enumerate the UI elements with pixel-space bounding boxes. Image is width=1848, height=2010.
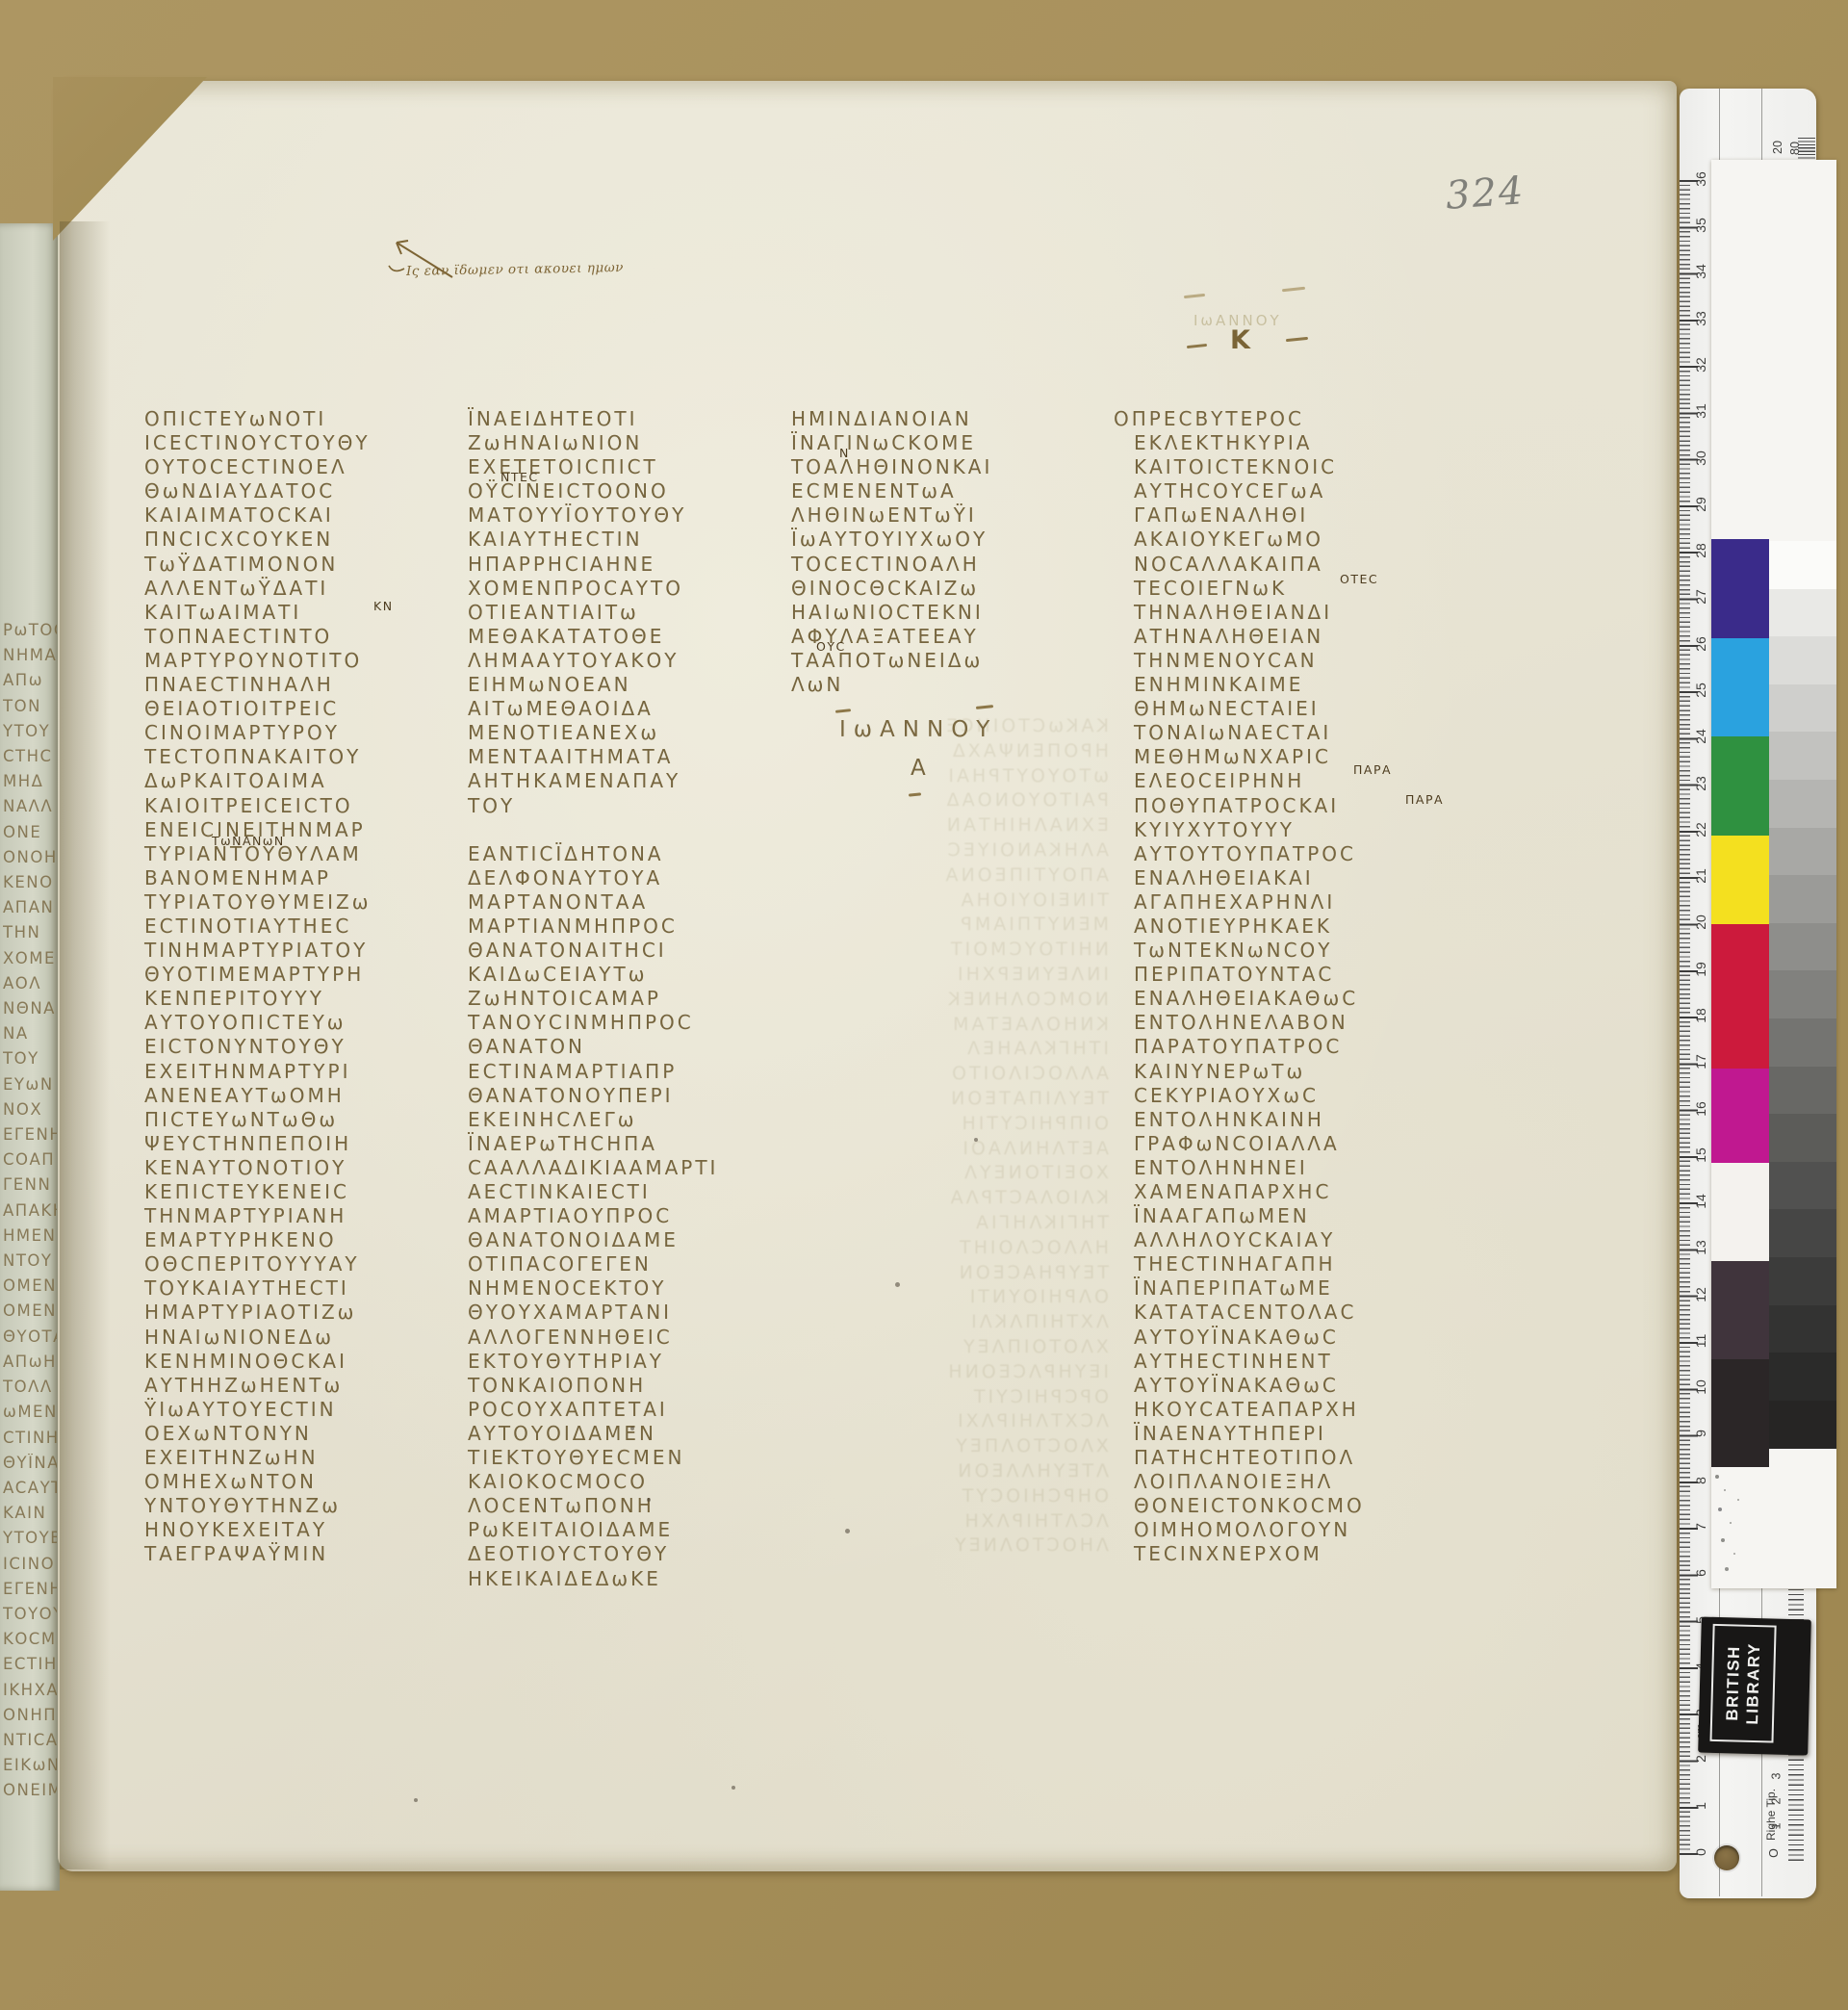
ghost-text-line: ΛΗΟCΤΟΛΝΕΥ: [791, 1533, 1109, 1559]
edge-text-fragment: ΕΙΚωΝ: [3, 1753, 57, 1778]
ghost-text-line: ΤΕΥΛΙΠΑΤΕΟΝ: [791, 1087, 1109, 1112]
text-line: ΧΑΜΕΝΑΠΑΡΧΗC: [1134, 1180, 1466, 1204]
text-line: ΤΗΕCΤΙΝΗΑΓΑΠΗ: [1134, 1252, 1466, 1276]
ink-speck: [895, 1282, 900, 1287]
text-line: ΤΗΝΜΑΡΤΥΡΙΑΝΗ: [144, 1204, 476, 1228]
edge-text-fragment: ΧΟΜΕ: [3, 946, 57, 971]
text-line: ΑΝΟΤΙΕΥΡΗΚΑΕΚ: [1134, 915, 1466, 939]
text-line: ΒΑΝΟΜΕΝΗΜΑΡ: [144, 866, 476, 890]
edge-text-fragment: CΤΙΝΗΛ: [3, 1426, 57, 1451]
edge-text-fragment: ΙCΙΝΟ: [3, 1552, 57, 1577]
text-line: ΜΕΝΟΤΙΕΑΝΕΧω: [468, 721, 800, 745]
text-line: ΘΥΟΥΧΑΜΑΡΤΑΝΙ: [468, 1301, 800, 1325]
text-line: ΤΟΠΝΑΕCΤΙΝΤΟ: [144, 625, 476, 649]
ghost-text-line: ΑΠΟΥΤΙΠΕΟΝΑ: [791, 863, 1109, 889]
text-line: ΑΜΑΡΤΙΑΟΥΠΡΟC: [468, 1204, 800, 1228]
ghost-text-line: ΛCΛΤΗΙΡΛΧΗ: [791, 1509, 1109, 1534]
text-line: ΗΝΑΙωΝΙΟΝΕΔω: [144, 1326, 476, 1350]
gray-scale-step: [1769, 1209, 1836, 1257]
text-line: ΚΥΙΥΧΥΤΟΥΥΥ: [1134, 818, 1466, 842]
edge-text-fragment: ΙΚΗΧΑ: [3, 1678, 57, 1703]
text-line: ΤΟΥ: [468, 794, 800, 818]
text-line: ΝΟCΑΛΛΑΚΑΙΠΑ: [1134, 553, 1466, 577]
text-line: ΑΤΗΝΑΛΗΘΕΙΑΝ: [1134, 625, 1466, 649]
ghost-text-line: ΗΛΛΟCΛΟΙΗΤ: [791, 1236, 1109, 1261]
text-line: ΚΑΤΑΤΑCΕΝΤΟΛΑC: [1134, 1301, 1466, 1325]
ruler-cm-number: 17: [1693, 1051, 1708, 1072]
ghost-text-line: ΛCΧΤΛΗΙΡΛΧΙ: [791, 1409, 1109, 1434]
edge-text-fragment: ΓΕΝΝ: [3, 1172, 57, 1198]
edge-text-fragment: ΟΝΗΠ: [3, 1703, 57, 1728]
ghost-text-line: ωΤΟΥΟΥΤΡΗΑΙ: [791, 764, 1109, 789]
text-line: ΜΑΡΤΑΝΟΝΤΑΑ: [468, 890, 800, 915]
ruler-cm-number: 25: [1693, 680, 1708, 701]
ruler-cm-number: 6: [1693, 1562, 1708, 1584]
text-line: ΘΑΝΑΤΟΝΟΙΔΑΜΕ: [468, 1228, 800, 1252]
edge-text-fragment: ΘΥΟΤΑ: [3, 1325, 57, 1350]
text-line: ΟΕΧωΝΤΟΝΥΝ: [144, 1422, 476, 1446]
text-line: ΑΛΛΕΝΤωΫΔΑΤΙ: [144, 577, 476, 601]
text-line: ΛΗΘΙΝωΕΝΤωΫΙ: [791, 503, 1123, 528]
text-line: ΟΘCΠΕΡΙΤΟΥΥΥΑΥ: [144, 1252, 476, 1276]
edge-text-fragment: ΘΥΪΝΑ: [3, 1451, 57, 1476]
ruler-cm-number: 23: [1693, 773, 1708, 794]
ghost-text-line: ΚΝΗΟΛΑΕΤΑΜ: [791, 1013, 1109, 1038]
text-line: ΠΑΤΗCΗΤΕΟΤΙΠΟΛ: [1134, 1446, 1466, 1470]
text-line: ΤΗΝΑΛΗΘΕΙΑΝΔΙ: [1134, 601, 1466, 625]
ghost-text-line: ΗΡΟΠΕΝΨΑΧΔ: [791, 739, 1109, 764]
edge-text-fragment: ΕΓΕΝΗ: [3, 1577, 57, 1602]
text-line: ΕΝΤΟΛΗΝΕΛΑΒΟΝ: [1134, 1011, 1466, 1035]
text-line: ΚΑΙΟΚΟCΜΟCΟ: [468, 1470, 800, 1494]
ghost-text-line: ΚΛΙΟΛΑCΤΡΛΑ: [791, 1186, 1109, 1211]
edge-text-fragment: ΑΠΑΚΗ: [3, 1198, 57, 1224]
text-line: ΕΧΕΙΤΗΝΖωΗΝ: [144, 1446, 476, 1470]
edge-text-fragment: ΝΗΜΑ: [3, 643, 57, 668]
ruler-cm-number: 9: [1693, 1423, 1708, 1444]
text-line: ΗΜΑΡΤΥΡΙΑΟΤΙΖω: [144, 1301, 476, 1325]
color-patch-dark-plum: [1711, 1261, 1769, 1360]
ruler-inner-divider: [1761, 89, 1762, 166]
color-patch-indigo: [1711, 539, 1769, 639]
ghost-text-line: ΑΕΤΛΗΝΛΑΟΙ: [791, 1137, 1109, 1162]
text-line: ΤΑΕΓΡΑΨΑΫΜΙΝ: [144, 1542, 476, 1566]
text-line: ΘΑΝΑΤΟΝ: [468, 1035, 800, 1059]
edge-text-fragment: ΥΤΟΥΒΑ: [3, 1526, 57, 1551]
text-column-1: ΟΠΙCΤΕΥωΝΟΤΙΙCΕCΤΙΝΟΥCΤΟΥΘΥΟΥΤΟCΕCΤΙΝΟΕΛ…: [144, 407, 476, 1567]
ruler-inner-scale-label: Righe Tip.: [1764, 1789, 1778, 1841]
text-line: ΚΑΙΟΙΤΡΕΙCΕΙCΤΟ: [144, 794, 476, 818]
ruler-cm-number: 10: [1693, 1377, 1708, 1398]
gray-scale-step: [1769, 970, 1836, 1018]
text-line: ΔωΡΚΑΙΤΟΑΙΜΑ: [144, 769, 476, 793]
ghost-text-line: ΙΕΥΗΡΛCΕΟΝΗ: [791, 1360, 1109, 1385]
ruler-cm-number: 33: [1693, 308, 1708, 329]
ghost-text-line: ΟΛΡΗΙΟΥΝΤΙ: [791, 1285, 1109, 1310]
text-line: ΑΚΑΙΟΥΚΕΓωΜΟ: [1134, 528, 1466, 552]
ghost-text-line: ΝΟΜCΟΛΗΝΕΚ: [791, 988, 1109, 1013]
text-line: ΘΟΝΕΙCΤΟΝΚΟCΜΟ: [1134, 1494, 1466, 1518]
color-patch-black: [1711, 1359, 1769, 1467]
ghost-text-line: ΟΗΡCΗΙΟCΥΤ: [791, 1484, 1109, 1509]
ink-speck: [647, 1498, 651, 1502]
text-line: ΗΚΟΥCΑΤΕΑΠΑΡΧΗ: [1134, 1398, 1466, 1422]
ruler-cm-number: 34: [1693, 261, 1708, 282]
ruler-cm-number: 29: [1693, 494, 1708, 515]
gray-scale-step: [1769, 923, 1836, 971]
text-line: ΤωΫΔΑΤΙΜΟΝΟΝ: [144, 553, 476, 577]
text-line: ΑΓΑΠΗΕΧΑΡΗΝΛΙ: [1134, 890, 1466, 915]
edge-text-fragment: ΝΟΧ: [3, 1097, 57, 1122]
text-line: ΟΥΤΟCΕCΤΙΝΟΕΛ: [144, 455, 476, 479]
text-line: ΤΕCΙΝΧΝΕΡΧΟΜ: [1134, 1542, 1466, 1566]
edge-text-fragment: ΝΤΙCΑ: [3, 1728, 57, 1753]
text-line: ΔΕΟΤΙΟΥCΤΟΥΘΥ: [468, 1542, 800, 1566]
ink-speck: [974, 1138, 978, 1142]
british-library-label-frame: BRITISH LIBRARY: [1709, 1624, 1776, 1743]
text-line: ΪΝΑΕΝΑΥΤΗΠΕΡΙ: [1134, 1422, 1466, 1446]
text-line: ΜΑΤΟΥΥΪΟΥΤΟΥΘΥ: [468, 503, 800, 528]
text-line: ΑΥΤΗΕCΤΙΝΗΕΝΤ: [1134, 1350, 1466, 1374]
text-line: ΕΝΑΛΗΘΕΙΑΚΑΙ: [1134, 866, 1466, 890]
text-line: ΤΟCΕCΤΙΝΟΑΛΗ: [791, 553, 1123, 577]
text-line: ΠΝCΙCΧCΟΥΚΕΝ: [144, 528, 476, 552]
text-line: ΪωΑΥΤΟΥΙΥΧωΟΥ: [791, 528, 1123, 552]
gray-scale-step: [1769, 828, 1836, 876]
text-line: ΘΕΙΑΟΤΙΟΙΤΡΕΙC: [144, 697, 476, 721]
ruler-cm-number: 13: [1693, 1237, 1708, 1258]
ghost-text-line: ΛΧΤΗΙΠΛΚΛΙ: [791, 1310, 1109, 1335]
text-line: ΖωΗΝΑΙωΝΙΟΝ: [468, 431, 800, 455]
text-line: ΚΕΝΠΕΡΙΤΟΥΥΥ: [144, 987, 476, 1011]
interlinear-correction: Ν: [839, 446, 850, 460]
text-line: ΜΕΘΗΜωΝΧΑΡΙC: [1134, 745, 1466, 769]
ruler-cm-number: 19: [1693, 959, 1708, 980]
text-line: ΕΜΑΡΤΥΡΗΚΕΝΟ: [144, 1228, 476, 1252]
ghost-text-line: ΕΧΝΑΛΗΙΗΤΑΝ: [791, 813, 1109, 838]
text-column-2: ΪΝΑΕΙΔΗΤΕΟΤΙΖωΗΝΑΙωΝΙΟΝΕΧΕΤΕΤΟΙCΠΙCΤΟΫCΙ…: [468, 407, 800, 1591]
gray-scale-step: [1769, 1257, 1836, 1305]
gray-scale-step: [1769, 541, 1836, 589]
ghost-text-line: ΜΕΝΥΤΠΙΑΜΡ: [791, 913, 1109, 938]
ruler-cm-number: 20: [1693, 912, 1708, 933]
gray-scale-step: [1769, 1353, 1836, 1401]
ruler-cm-number: 18: [1693, 1005, 1708, 1026]
edge-text-fragment: ΚΕΝΟ: [3, 870, 57, 895]
text-line: ΕΙΗΜωΝΟΕΑΝ: [468, 673, 800, 697]
text-line: ΟΤΙΠΑCΟΓΕΓΕΝ: [468, 1252, 800, 1276]
text-line: ΤΥΡΙΑΤΟΥΘΥΜΕΙΖω: [144, 890, 476, 915]
edge-text-fragment: CΤΗC: [3, 744, 57, 769]
ruler-cm-number: 27: [1693, 586, 1708, 607]
text-line: ΑΥΤΟΥΟΙΔΑΜΕΝ: [468, 1422, 800, 1446]
edge-text-fragment: ΝΘΝΑ: [3, 996, 57, 1021]
gray-scale-step: [1769, 684, 1836, 733]
color-patch-white: [1711, 1163, 1769, 1262]
color-patch-yellow: [1711, 836, 1769, 925]
text-line: ΚΑΙΑΙΜΑΤΟCΚΑΙ: [144, 503, 476, 528]
text-line: ΪΝΑΠΕΡΙΠΑΤωΜΕ: [1134, 1276, 1466, 1301]
text-line: ΟΠΡΕCΒΥΤΕΡΟC: [1114, 407, 1466, 431]
ruler-inner-number: 2: [1769, 1798, 1783, 1805]
color-patch-green: [1711, 736, 1769, 837]
ghost-text-line: ΚΑΚωCΤΟΙΗCΕ: [791, 714, 1109, 739]
ink-speck: [731, 1786, 735, 1790]
text-line: CΕΚΥΡΙΑΟΥΧωC: [1134, 1084, 1466, 1108]
text-line: ΛΟΙΠΛΑΝΟΙΕΞΗΛ: [1134, 1470, 1466, 1494]
text-line: ΘωΝΔΙΑΥΔΑΤΟC: [144, 479, 476, 503]
ghost-text-line: ΧΛΟCΤΟΛΠΕΥ: [791, 1434, 1109, 1459]
edge-text-fragment: CΟΑΠ: [3, 1147, 57, 1172]
previous-folio-edge: ΡωΤΟCΝΗΜΑΑΠωΤΟΝΥΤΟΥCΤΗCΜΗΔΝΑΛΛΟΝΕΟΝΟΗΚΕΝ…: [0, 223, 60, 1891]
ink-speck: [630, 1427, 634, 1430]
text-line: ΕCΜΕΝΕΝΤωΑ: [791, 479, 1123, 503]
ghost-text-line: ΧΟΕΙΤΟΝΕΥΛ: [791, 1161, 1109, 1186]
text-line: ΤΗΝΜΕΝΟΥCΑΝ: [1134, 649, 1466, 673]
text-line: ΚΕΠΙCΤΕΥΚΕΝΕΙC: [144, 1180, 476, 1204]
gutter-shadow: [60, 221, 110, 1869]
text-line: ΗΚΕΙΚΑΙΔΕΔωΚΕ: [468, 1567, 800, 1591]
edge-text-fragment: ΤΟΛΛ: [3, 1375, 57, 1400]
ruler-cm-number: 1: [1693, 1795, 1708, 1817]
edge-text-fragment: ΜΗΔ: [3, 769, 57, 794]
text-line: ΕΑΝΤΙCΪΔΗΤΟΝΑ: [468, 842, 800, 866]
text-column-4: ΟΠΡΕCΒΥΤΕΡΟCΕΚΛΕΚΤΗΚΥΡΙΑΚΑΙΤΟΙCΤΕΚΝΟΙCΑΥ…: [1134, 407, 1466, 1567]
text-line: ΠΑΡΑΤΟΥΠΑΤΡΟC: [1134, 1035, 1466, 1059]
edge-text-fragment: ΗΜΕΝ: [3, 1224, 57, 1249]
text-line: ΟΤΙΕΑΝΤΙΑΙΤω: [468, 601, 800, 625]
ruler-cm-number: 35: [1693, 215, 1708, 236]
edge-text-fragment: ΕΥωΝ: [3, 1072, 57, 1097]
text-line: ΑΥΤΟΥΤΟΥΠΑΤΡΟC: [1134, 842, 1466, 866]
interlinear-correction: ΝΤΕC: [500, 470, 539, 484]
edge-text-fragment: ΑΠωΗ: [3, 1350, 57, 1375]
text-line: ΛΟCΕΝΤωΠΟΝΗ: [468, 1494, 800, 1518]
interlinear-correction: ΟΤΕC: [1340, 572, 1378, 586]
text-line: ΕΚΛΕΚΤΗΚΥΡΙΑ: [1134, 431, 1466, 455]
folio-pencil-number: 324: [1444, 168, 1526, 219]
text-line: ΑΝΕΝΕΑΥΤωΟΜΗ: [144, 1084, 476, 1108]
british-library-label: BRITISH LIBRARY: [1698, 1617, 1811, 1756]
text-line: ΖωΗΝΤΟΙCΑΜΑΡ: [468, 987, 800, 1011]
text-line: ΑΥΤΗΗΖωΗΕΝΤω: [144, 1374, 476, 1398]
edge-text-fragment: ΤΟΝ: [3, 694, 57, 719]
text-line: ΥΝΤΟΥΘΥΤΗΝΖω: [144, 1494, 476, 1518]
text-line: ΘΗΜωΝΕCΤΑΙΕΙ: [1134, 697, 1466, 721]
text-line: ΪΝΑΕΙΔΗΤΕΟΤΙ: [468, 407, 800, 431]
text-line: ΑΥΤΟΥΪΝΑΚΑΘωC: [1134, 1374, 1466, 1398]
ruler-cm-number: 30: [1693, 448, 1708, 469]
edge-text-fragment: ΟΜΕΝΑ: [3, 1299, 57, 1324]
text-line: ΤΥΡΙΑΝΤΟΥΘΥΛΑΜ: [144, 842, 476, 866]
ruler-cm-number: 28: [1693, 540, 1708, 561]
edge-text-fragment: ΕCΤΙΗ: [3, 1652, 57, 1677]
edge-text-fragment: ΡωΤΟC: [3, 618, 57, 643]
text-line: ΑΕCΤΙΝΚΑΙΕCΤΙ: [468, 1180, 800, 1204]
ghost-text-line: ΛΤΕΥΗΛΛΕΟΝ: [791, 1459, 1109, 1484]
edge-text-fragment: ΚΑΙΝ: [3, 1501, 57, 1526]
text-line: ΜΕΝΤΑΑΙΤΗΜΑΤΑ: [468, 745, 800, 769]
ruler-cm-number: 32: [1693, 354, 1708, 375]
text-line: ΑΗΤΗΚΑΜΕΝΑΠΑΥ: [468, 769, 800, 793]
gray-scale-step: [1769, 1067, 1836, 1115]
text-line: ΗΠΑΡΡΗCΙΑΗΝΕ: [468, 553, 800, 577]
ruler-inner-number: 1: [1769, 1823, 1783, 1830]
edge-text-fragment: ΟΝΕΙΜΗ: [3, 1778, 57, 1803]
text-line: ΕΝΤΟΛΗΝΗΝΕΙ: [1134, 1156, 1466, 1180]
ghost-text-line: ΑΛΗΚΑΝΟΙΥΕC: [791, 838, 1109, 863]
gray-scale-step: [1769, 1114, 1836, 1162]
text-line: ΚΑΙΝΥΝΕΡωΤω: [1134, 1060, 1466, 1084]
text-line: ΓΑΠωΕΝΑΛΗΘΙ: [1134, 503, 1466, 528]
text-line: ΑΥΤΟΥΪΝΑΚΑΘωC: [1134, 1326, 1466, 1350]
text-line: ΕΝΑΛΗΘΕΙΑΚΑΘωC: [1134, 987, 1466, 1011]
text-line: [468, 818, 800, 842]
edge-text-fragment: ΑΟΛ: [3, 971, 57, 996]
edge-text-fragment: ΟΝΟΗ: [3, 845, 57, 870]
chart-speckles: [1715, 1475, 1719, 1479]
interlinear-correction: ΠΑΡΑ: [1405, 792, 1444, 807]
interlinear-correction: ΟΥC: [816, 639, 846, 654]
edge-text-fragment: ΤΗΝ: [3, 920, 57, 945]
gray-scale-step: [1769, 780, 1836, 828]
ruler-cm-number: 12: [1693, 1284, 1708, 1305]
text-line: ΤΑΝΟΥCΙΝΜΗΠΡΟC: [468, 1011, 800, 1035]
ghost-text-line: ΝΗΙΤΟΥCΜΟΙΤ: [791, 938, 1109, 963]
text-line: ΕΧΕΙΤΗΝΜΑΡΤΥΡΙ: [144, 1060, 476, 1084]
text-line: ΟΙΜΗΟΜΟΛΟΓΟΥΝ: [1134, 1518, 1466, 1542]
text-line: ΤΟΝΚΑΙΟΠΟΝΗ: [468, 1374, 800, 1398]
edge-text-fragment: ΥΤΟΥ: [3, 719, 57, 744]
quire-mark: Κ: [1230, 325, 1250, 355]
edge-text-fragment: ΝΤΟΥ: [3, 1249, 57, 1274]
text-line: ΑΥΤΟΥΟΠΙCΤΕΥω: [144, 1011, 476, 1035]
text-line: ΑΥΤΗCΟΥCΕΓωΑ: [1134, 479, 1466, 503]
text-line: ΨΕΥCΤΗΝΠΕΠΟΙΗ: [144, 1132, 476, 1156]
text-line: ΘΑΝΑΤΟΝΟΥΠΕΡΙ: [468, 1084, 800, 1108]
interlinear-correction: ΤωΝΑΝωΝ: [212, 834, 285, 848]
edge-text-fragment: ΑCΑΥΤ: [3, 1476, 57, 1501]
british-library-label-text: BRITISH: [1722, 1645, 1744, 1721]
text-line: ΝΗΜΕΝΟCΕΚΤΟΥ: [468, 1276, 800, 1301]
ruler-cm-number: 31: [1693, 400, 1708, 422]
text-line: ΪΝΑΕΡωΤΗCΗΠΑ: [468, 1132, 800, 1156]
text-line: ΕΝΗΜΙΝΚΑΙΜΕ: [1134, 673, 1466, 697]
gray-scale-step: [1769, 732, 1836, 780]
text-line: ΜΑΡΤΥΡΟΥΝΟΤΙΤΟ: [144, 649, 476, 673]
edge-text-fragment: ΚΟCΜΝ: [3, 1627, 57, 1652]
edge-text-fragment: ΝΑ: [3, 1021, 57, 1046]
gray-scale-step: [1769, 636, 1836, 684]
text-line: ΚΑΙΤΟΙCΤΕΚΝΟΙC: [1134, 455, 1466, 479]
text-line: ΚΕΝΑΥΤΟΝΟΤΙΟΥ: [144, 1156, 476, 1180]
text-line: ΤΙΝΗΜΑΡΤΥΡΙΑΤΟΥ: [144, 939, 476, 963]
gray-scale-step: [1769, 1401, 1836, 1449]
ruler-punch-hole: [1714, 1845, 1739, 1870]
edge-text-fragment: ΟΜΕΝ: [3, 1274, 57, 1299]
ghost-text-line: ΟΡCΡΗΙCΥΙΤ: [791, 1385, 1109, 1410]
text-line: ΚΑΙΔωCΕΙΑΥΤω: [468, 963, 800, 987]
gray-scale-step: [1769, 589, 1836, 637]
text-line: ΠΙCΤΕΥωΝΤωΘω: [144, 1108, 476, 1132]
color-patch-red: [1711, 924, 1769, 1069]
ink-speck: [414, 1798, 418, 1802]
text-line: ΤΕCΟΙΕΓΝωΚ: [1134, 577, 1466, 601]
edge-text-fragment: ΑΠω: [3, 668, 57, 693]
ghost-text-line: ΙΤΗΓΚΛΑΗΕΛ: [791, 1037, 1109, 1062]
text-line: ΓΡΑΦωΝCΟΙΑΛΛΑ: [1134, 1132, 1466, 1156]
edge-text-fragment: ωΜΕΝ: [3, 1400, 57, 1425]
ruler-cm-number: 36: [1693, 168, 1708, 190]
text-line: ΕΙCΤΟΝΥΝΤΟΥΘΥ: [144, 1035, 476, 1059]
gray-scale-step: [1769, 1162, 1836, 1210]
text-line: ΑΙΤωΜΕΘΑΟΙΔΑ: [468, 697, 800, 721]
ghost-text-line: ΤΙΝΕΙΟΥΙΟΗΑ: [791, 889, 1109, 914]
edge-text-fragment: ΑΠΑΝ: [3, 895, 57, 920]
gray-scale-step: [1769, 875, 1836, 923]
ruler-cm-number: 24: [1693, 726, 1708, 747]
interlinear-correction: ΠΑΡΑ: [1353, 762, 1392, 777]
ghost-text-line: ΡΑΙΤΟΥΟΝΟΑΔ: [791, 788, 1109, 813]
text-line: ΕΛΕΟCΕΙΡΗΝΗ: [1134, 769, 1466, 793]
color-patch-magenta: [1711, 1069, 1769, 1164]
british-library-label-text: LIBRARY: [1742, 1642, 1764, 1725]
text-line: ΪΝΑΑΓΑΠωΜΕΝ: [1134, 1204, 1466, 1228]
text-line: ΤΙΕΚΤΟΥΘΥΕCΜΕΝ: [468, 1446, 800, 1470]
text-line: ΟΠΙCΤΕΥωΝΟΤΙ: [144, 407, 476, 431]
ghost-text-line: ΟΙΠΡΗΙCΥΤΙΗ: [791, 1112, 1109, 1137]
color-patch-cyan: [1711, 638, 1769, 737]
edge-text-fragment: ΤΟΥ: [3, 1046, 57, 1071]
text-line: ΗΑΙωΝΙΟCΤΕΚΝΙ: [791, 601, 1123, 625]
text-line: ΕΝΤΟΛΗΝΚΑΙΝΗ: [1134, 1108, 1466, 1132]
edge-text-fragment: ΝΑΛΛ: [3, 794, 57, 819]
ghost-text-line: ΧΛΟΤΟΙΠΛΕΥ: [791, 1335, 1109, 1360]
edge-text-fragment: ΟΝΕ: [3, 820, 57, 845]
ruler-cm-number: 8: [1693, 1470, 1708, 1491]
text-line: ΗΜΙΝΔΙΑΝΟΙΑΝ: [791, 407, 1123, 431]
text-line: ΡωΚΕΙΤΑΙΟΙΔΑΜΕ: [468, 1518, 800, 1542]
text-line: ΗΝΟΥΚΕΧΕΙΤΑΥ: [144, 1518, 476, 1542]
text-line: ΤωΝΤΕΚΝωΝCΟΥ: [1134, 939, 1466, 963]
interlinear-correction: ΚΝ: [373, 599, 394, 613]
verso-show-through-text: ΚΑΚωCΤΟΙΗCΕΗΡΟΠΕΝΨΑΧΔωΤΟΥΟΥΤΡΗΑΙΡΑΙΤΟΥΟΝ…: [791, 714, 1109, 1559]
text-line: ΘΥΟΤΙΜΕΜΑΡΤΥΡΗ: [144, 963, 476, 987]
ruler-cm-number: 16: [1693, 1098, 1708, 1120]
text-line: ΕΝΕΙCΙΝΕΙΤΗΝΜΑΡ: [144, 818, 476, 842]
text-line: ΘΑΝΑΤΟΝΑΙΤΗCΙ: [468, 939, 800, 963]
text-line: ΑΛΛΟΓΕΝΝΗΘΕΙC: [468, 1326, 800, 1350]
text-line: ΙCΕCΤΙΝΟΥCΤΟΥΘΥ: [144, 431, 476, 455]
text-line: ΧΟΜΕΝΠΡΟCΑΥΤΟ: [468, 577, 800, 601]
text-line: CΙΝΟΙΜΑΡΤΥΡΟΥ: [144, 721, 476, 745]
text-line: CΑΑΛΛΑΔΙΚΙΑΑΜΑΡΤΙ: [468, 1156, 800, 1180]
text-line: ΚΑΙΤωΑΙΜΑΤΙ: [144, 601, 476, 625]
text-line: ΜΕΘΑΚΑΤΑΤΟΘΕ: [468, 625, 800, 649]
previous-folio-text-fragments: ΡωΤΟCΝΗΜΑΑΠωΤΟΝΥΤΟΥCΤΗCΜΗΔΝΑΛΛΟΝΕΟΝΟΗΚΕΝ…: [3, 618, 57, 1812]
text-line: ΘΙΝΟCΘCΚΑΙΖω: [791, 577, 1123, 601]
ghost-text-line: ΤΕΥΡΗΑCΕΟΝ: [791, 1261, 1109, 1286]
text-line: ΤΟΥΚΑΙΑΥΤΗΕCΤΙ: [144, 1276, 476, 1301]
text-line: ΡΟCΟΥΧΑΠΤΕΤΑΙ: [468, 1398, 800, 1422]
gray-scale-step: [1769, 1305, 1836, 1353]
text-line: ΕCΤΙΝΑΜΑΡΤΙΑΠΡ: [468, 1060, 800, 1084]
text-line: ΤΟΝΑΙωΝΑΕCΤΑΙ: [1134, 721, 1466, 745]
ruler-cm-number: 14: [1693, 1191, 1708, 1212]
text-line: ΕCΤΙΝΟΤΙΑΥΤΗΕC: [144, 915, 476, 939]
ghost-text-line: ΤΗΓΙΚΛΗΓΙΑ: [791, 1211, 1109, 1236]
ink-speck: [845, 1529, 850, 1533]
